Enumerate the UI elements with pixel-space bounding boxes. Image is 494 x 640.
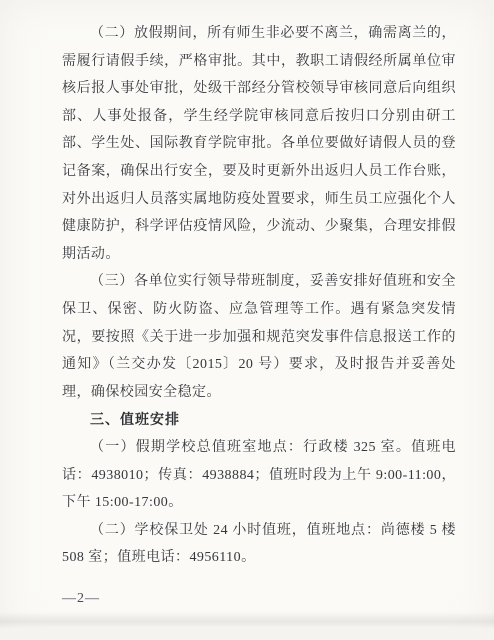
paragraph-security-duty: （二）学校保卫处 24 小时值班，值班地点：尚德楼 5 楼 508 室；值班电话… bbox=[62, 517, 456, 572]
scan-edge-shadow bbox=[0, 612, 494, 628]
paragraph-duty-leadership: （三）各单位实行领导带班制度，妥善安排好值班和安全保卫、保密、防火防盗、应急管理… bbox=[62, 268, 456, 406]
document-body: （二）放假期间，所有师生非必要不离兰，确需离兰的，需履行请假手续，严格审批。其中… bbox=[62, 20, 456, 572]
document-page: （二）放假期间，所有师生非必要不离兰，确需离兰的，需履行请假手续，严格审批。其中… bbox=[0, 0, 494, 640]
page-number: —2— bbox=[62, 591, 100, 607]
paragraph-main-duty-room: （一）假期学校总值班室地点：行政楼 325 室。值班电话：4938010；传真：… bbox=[62, 434, 456, 517]
section-heading-duty-arrangement: 三、值班安排 bbox=[62, 406, 456, 434]
scan-bottom-margin bbox=[0, 628, 494, 640]
paragraph-leave-rules: （二）放假期间，所有师生非必要不离兰，确需离兰的，需履行请假手续，严格审批。其中… bbox=[62, 20, 456, 268]
